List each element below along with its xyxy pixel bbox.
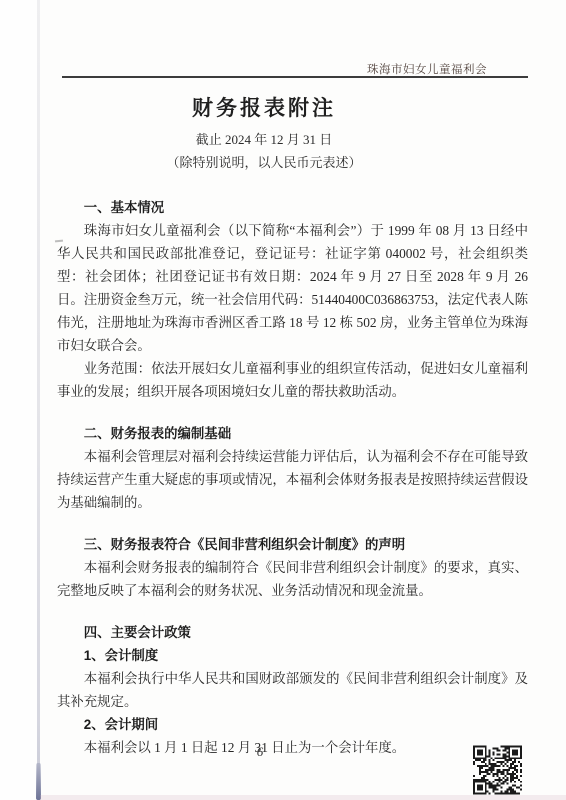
paragraph: 本福利会管理层对福利会持续运营能力评估后，认为福利会不存在可能导致持续运营产生重… <box>57 445 528 514</box>
page-title: 财务报表附注 <box>0 92 528 122</box>
page-number: 6 <box>248 744 272 760</box>
paragraph: 本福利会财务报表的编制符合《民间非营利组织会计制度》的要求，真实、完整地反映了本… <box>57 556 528 602</box>
org-name-header: 珠海市妇女儿童福利会 <box>367 61 487 77</box>
qr-code-icon <box>473 744 522 796</box>
section-heading: 一、基本情况 <box>57 196 528 219</box>
subsection-heading-accounting-period: 2、会计期间 <box>57 713 528 736</box>
paragraph: 本福利会执行中华人民共和国财政部颁发的《民间非营利组织会计制度》及其补充规定。 <box>57 667 528 713</box>
section-heading: 二、财务报表的编制基础 <box>57 422 528 445</box>
paragraph: 本福利会以 1 月 1 日起 12 月 31 日止为一个会计年度。 <box>57 736 528 759</box>
document-body: 一、基本情况 珠海市妇女儿童福利会（以下简称“本福利会”）于 1999 年 08… <box>57 196 528 759</box>
section-heading: 三、财务报表符合《民间非营利组织会计制度》的声明 <box>57 533 528 556</box>
section-heading: 四、主要会计政策 <box>57 621 528 644</box>
scanned-document-page: 珠海市妇女儿童福利会 财务报表附注 截止 2024 年 12 月 31 日 （除… <box>0 0 566 800</box>
section-basic-info: 一、基本情况 珠海市妇女儿童福利会（以下简称“本福利会”）于 1999 年 08… <box>57 196 528 403</box>
header-rule <box>62 76 528 78</box>
section-preparation-basis: 二、财务报表的编制基础 本福利会管理层对福利会持续运营能力评估后，认为福利会不存… <box>57 422 528 514</box>
paragraph: 珠海市妇女儿童福利会（以下简称“本福利会”）于 1999 年 08 月 13 日… <box>57 219 528 357</box>
section-accounting-policies: 四、主要会计政策 1、会计制度 本福利会执行中华人民共和国财政部颁发的《民间非营… <box>57 621 528 759</box>
report-date-line: 截止 2024 年 12 月 31 日 <box>0 129 528 148</box>
subsection-heading-accounting-system: 1、会计制度 <box>57 644 528 667</box>
section-compliance-statement: 三、财务报表符合《民间非营利组织会计制度》的声明 本福利会财务报表的编制符合《民… <box>57 533 528 602</box>
currency-note: （除特别说明，以人民币元表述） <box>0 152 528 171</box>
paragraph: 业务范围：依法开展妇女儿童福利事业的组织宣传活动，促进妇女儿童福利事业的发展；组… <box>57 357 528 403</box>
